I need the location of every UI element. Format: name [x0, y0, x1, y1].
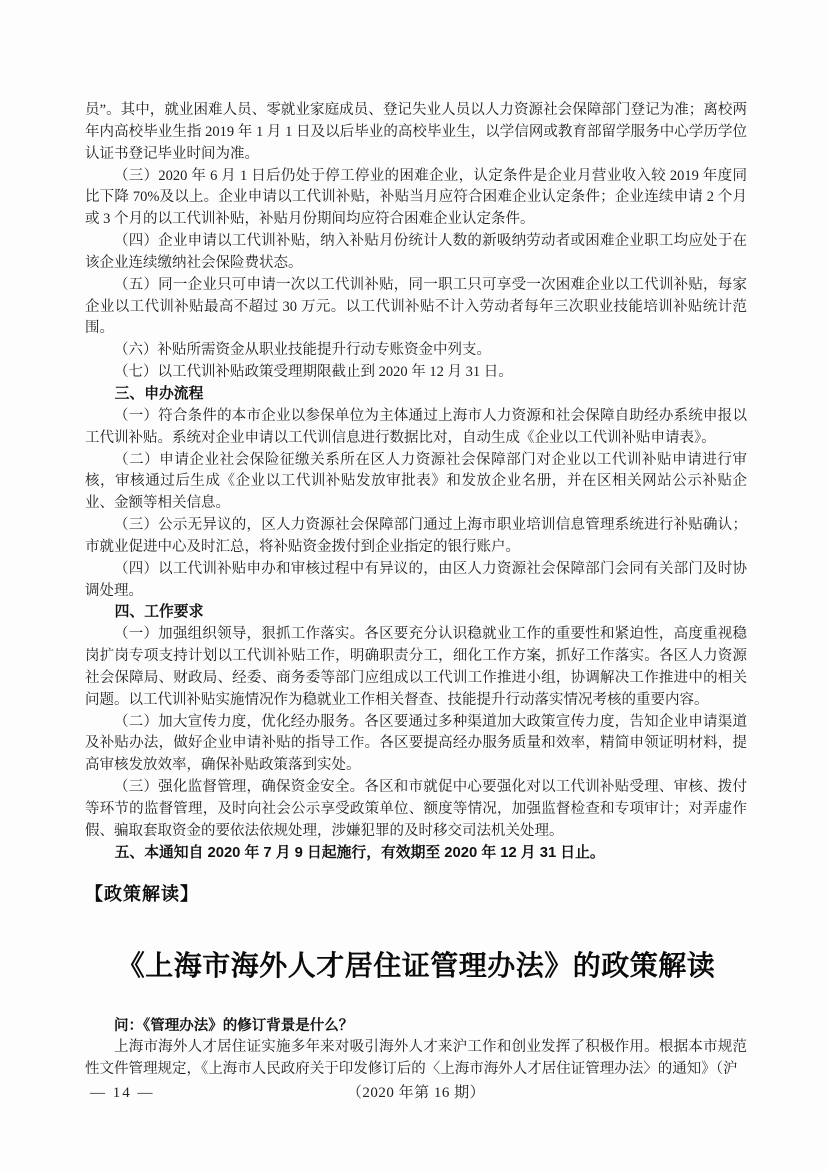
paragraph-flow-1: （一）符合条件的本市企业以参保单位为主体通过上海市人力资源和社会保障自助经办系统…	[85, 406, 747, 450]
paragraph-item-3: （三）2020 年 6 月 1 日后仍处于停工停业的困难企业，认定条件是企业月营…	[85, 166, 747, 232]
paragraph-flow-2: （二）申请企业社会保险征缴关系所在区人力资源社会保障部门对企业以工代训补贴申请进…	[85, 450, 747, 516]
answer-paragraph: 上海市海外人才居住证实施多年来对吸引海外人才来沪工作和创业发挥了积极作用。根据本…	[85, 1037, 747, 1081]
scanned-document-page: 员”。其中，就业困难人员、零就业家庭成员、登记失业人员以人力资源社会保障部门登记…	[0, 0, 827, 1170]
paragraph-item-4: （四）企业申请以工代训补贴，纳入补贴月份统计人数的新吸纳劳动者或困难企业职工均应…	[85, 231, 747, 275]
notice-body: 员”。其中，就业困难人员、零就业家庭成员、登记失业人员以人力资源社会保障部门登记…	[85, 100, 747, 865]
heading-section-4: 四、工作要求	[85, 602, 747, 624]
heading-section-3: 三、申办流程	[85, 384, 747, 406]
paragraph-item-7: （七）以工代训补贴政策受理期限截止到 2020 年 12 月 31 日。	[85, 362, 747, 384]
article-title: 《上海市海外人才居住证管理办法》的政策解读	[85, 949, 747, 985]
paragraph-item-6: （六）补贴所需资金从职业技能提升行动专账资金中列支。	[85, 340, 747, 362]
paragraph-flow-3: （三）公示无异议的，区人力资源社会保障部门通过上海市职业培训信息管理系统进行补贴…	[85, 515, 747, 559]
paragraph-req-3: （三）强化监督管理，确保资金安全。各区和市就促中心要强化对以工代训补贴受理、审核…	[85, 777, 747, 843]
paragraph-item-5: （五）同一企业只可申请一次以工代训补贴，同一职工只可享受一次困难企业以工代训补贴…	[85, 275, 747, 341]
paragraph-flow-4: （四）以工代训补贴申办和审核过程中有异议的，由区人力资源社会保障部门会同有关部门…	[85, 559, 747, 603]
question-line: 问：《管理办法》的修订背景是什么？	[85, 1016, 747, 1038]
heading-section-5: 五、本通知自 2020 年 7 月 9 日起施行，有效期至 2020 年 12 …	[85, 843, 747, 865]
paragraph-req-2: （二）加大宣传力度，优化经办服务。各区要通过多种渠道加大政策宣传力度，告知企业申…	[85, 712, 747, 778]
paragraph-req-1: （一）加强组织领导，狠抓工作落实。各区要充分认识稳就业工作的重要性和紧迫性，高度…	[85, 624, 747, 711]
page-content: 员”。其中，就业困难人员、零就业家庭成员、登记失业人员以人力资源社会保障部门登记…	[85, 100, 747, 1104]
page-number: — 14 —	[90, 1082, 155, 1104]
issue-label: （2020 年第 16 期）	[85, 1082, 747, 1104]
section-label-policy-interpretation: 【政策解读】	[85, 882, 747, 906]
paragraph-continuation: 员”。其中，就业困难人员、零就业家庭成员、登记失业人员以人力资源社会保障部门登记…	[85, 100, 747, 166]
page-footer: — 14 — （2020 年第 16 期）	[85, 1082, 747, 1104]
